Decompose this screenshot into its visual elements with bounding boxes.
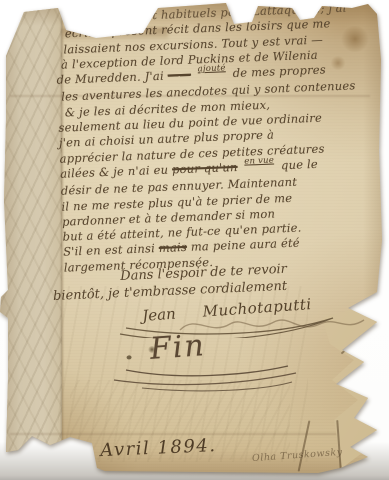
inserted-word: ajouté xyxy=(197,61,226,77)
letter-content: point habituels pour Lattaquane; j'ai éc… xyxy=(0,0,389,480)
ink-dot xyxy=(126,355,131,359)
line-text: S'il en est ainsi xyxy=(63,242,155,260)
letter-scan: point habituels pour Lattaquane; j'ai éc… xyxy=(0,0,389,480)
end-mark: Fin xyxy=(149,328,207,367)
end-word: Fin xyxy=(149,328,207,367)
line-text: de Muredden. J'ai xyxy=(56,69,164,87)
inserted-word: en vue xyxy=(244,153,274,169)
paper-shadow-wrap: point habituels pour Lattaquane; j'ai éc… xyxy=(0,0,389,480)
line-text: de mes propres xyxy=(232,63,326,81)
letter-paper: point habituels pour Lattaquane; j'ai éc… xyxy=(0,0,389,480)
letter-date: 5 Avril 1894. xyxy=(80,435,217,462)
line-text: que le xyxy=(281,157,318,172)
line-text: ailées & je n'ai eu xyxy=(60,163,169,181)
struck-word: —— xyxy=(167,68,191,83)
letter-body: point habituels pour Lattaquane; j'ai éc… xyxy=(50,0,389,276)
struck-word: mais xyxy=(159,240,188,255)
faded-overlapping-signature xyxy=(178,316,368,340)
struck-word: pour qu'un xyxy=(172,160,238,177)
line-text: ma peine aura été xyxy=(191,236,301,254)
end-word-flourish xyxy=(112,364,302,398)
corner-annotation: Olha Truskowsky xyxy=(252,447,343,464)
